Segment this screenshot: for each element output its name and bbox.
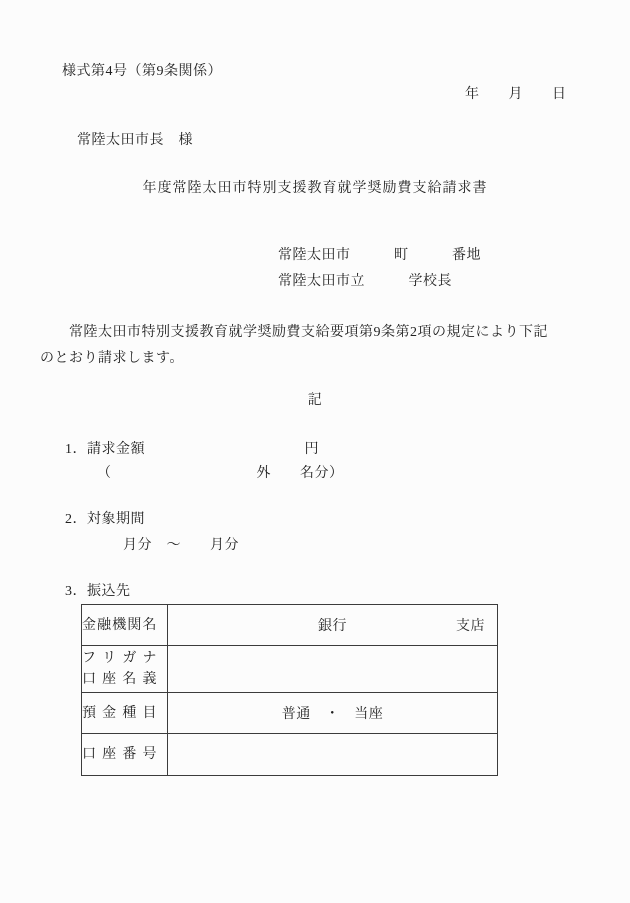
account-holder-value-cell bbox=[168, 646, 498, 693]
table-row-financial-institution: 金融機関名 銀行 支店 bbox=[82, 605, 498, 646]
table-row-account-holder: フ リ ガ ナ 口 座 名 義 bbox=[82, 646, 498, 693]
financial-institution-label: 金融機関名 bbox=[82, 615, 157, 636]
deposit-type-options: 普通 ・ 当座 bbox=[168, 703, 497, 723]
request-paragraph-line1: 常陸太田市特別支援教育就学奨励費支給要項第9条第2項の規定により下記 bbox=[40, 320, 555, 346]
financial-institution-value-cell: 銀行 支店 bbox=[168, 605, 498, 646]
addressee-line: 常陸太田市長 様 bbox=[77, 131, 193, 151]
account-number-value-cell bbox=[168, 734, 498, 776]
date-line: 年 月 日 bbox=[465, 85, 567, 105]
item-1-sub-line: （ 外 名分） bbox=[97, 464, 344, 484]
record-mark: 記 bbox=[0, 391, 630, 411]
table-row-deposit-type: 預 金 種 目 普通 ・ 当座 bbox=[82, 693, 498, 734]
form-title: 年度常陸太田市特別支援教育就学奨励費支給請求書 bbox=[0, 179, 630, 199]
deposit-type-label: 預 金 種 目 bbox=[82, 703, 157, 724]
account-holder-label: 口 座 名 義 bbox=[82, 669, 157, 690]
form-number: 様式第4号（第9条関係） bbox=[62, 62, 222, 82]
document-page: 様式第4号（第9条関係） 年 月 日 常陸太田市長 様 年度常陸太田市特別支援教… bbox=[0, 0, 630, 903]
request-paragraph: 常陸太田市特別支援教育就学奨励費支給要項第9条第2項の規定により下記 のとおり請… bbox=[40, 320, 555, 372]
bank-account-table: 金融機関名 銀行 支店 フ リ ガ ナ 口 座 名 義 預 金 種 目 普通 ・… bbox=[81, 604, 498, 776]
item-1-amount-line: 1．請求金額 円 bbox=[65, 440, 319, 460]
branch-suffix-label: 支店 bbox=[456, 615, 485, 635]
sender-address-line: 常陸太田市 町 番地 bbox=[278, 246, 481, 266]
bank-suffix-label: 銀行 bbox=[168, 615, 497, 635]
furigana-label: フ リ ガ ナ bbox=[82, 648, 157, 669]
account-number-label: 口 座 番 号 bbox=[82, 744, 157, 765]
request-paragraph-line2: のとおり請求します。 bbox=[40, 346, 555, 372]
table-row-account-number: 口 座 番 号 bbox=[82, 734, 498, 776]
item-2-months-line: 月分 ～ 月分 bbox=[123, 536, 239, 556]
item-3-transfer-line: 3．振込先 bbox=[65, 582, 131, 602]
sender-school-line: 常陸太田市立 学校長 bbox=[278, 272, 452, 292]
deposit-type-value-cell: 普通 ・ 当座 bbox=[168, 693, 498, 734]
item-2-period-line: 2．対象期間 bbox=[65, 510, 145, 530]
